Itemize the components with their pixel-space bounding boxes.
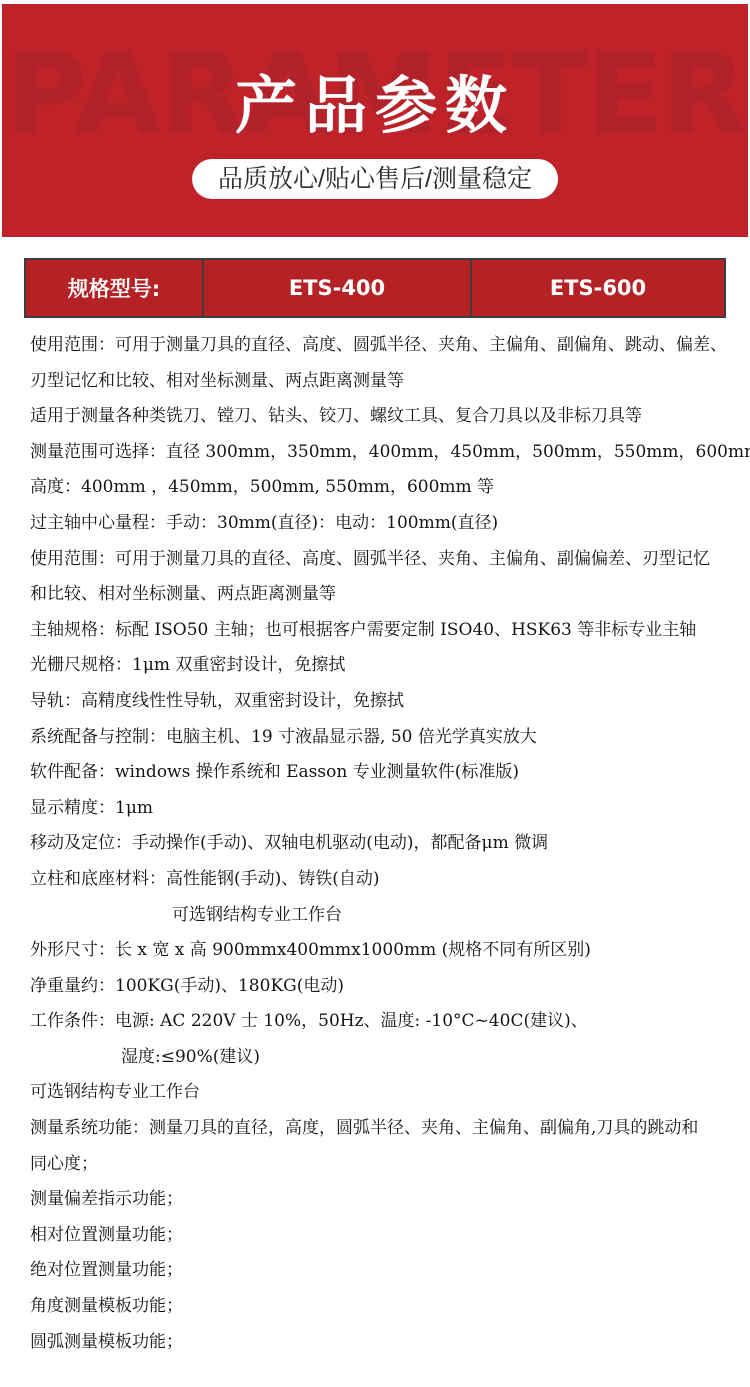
spec-table-model-ets-400: ETS-400: [202, 260, 470, 316]
spec-line: 使用范围：可用于测量刀具的直径、高度、圆弧半径、夹角、主偏角、副偏角、跳动、偏差…: [0, 328, 750, 364]
spec-line: 刃型记忆和比较、相对坐标测量、两点距离测量等: [0, 364, 750, 400]
spec-line: 净重量约：100KG(手动)、180KG(电动): [0, 969, 750, 1005]
spec-line: 软件配备：windows 操作系统和 Easson 专业测量软件(标准版): [0, 755, 750, 791]
spec-line: 过主轴中心量程：手动：30mm(直径)：电动：100mm(直径): [0, 506, 750, 542]
spec-line: 导轨：高精度线性性导轨，双重密封设计，免擦拭: [0, 684, 750, 720]
page-title: 产品参数: [2, 56, 748, 145]
spec-table-model-ets-600: ETS-600: [470, 260, 724, 316]
header-banner: PARAMETER 产品参数 品质放心/贴心售后/测量稳定: [2, 4, 748, 237]
tagline-pill: 品质放心/贴心售后/测量稳定: [192, 159, 558, 199]
spec-line: 可选钢结构专业工作台: [0, 898, 750, 934]
spec-line: 立柱和底座材料：高性能钢(手动)、铸铁(自动): [0, 862, 750, 898]
spec-line: 外形尺寸：长 x 宽 x 高 900mmx400mmx1000mm (规格不同有…: [0, 933, 750, 969]
spec-line: 绝对位置测量功能；: [0, 1253, 750, 1289]
spec-line: 工作条件：电源: AC 220V 士 10%，50Hz、温度: -10°C~40…: [0, 1004, 750, 1040]
spec-line: 同心度；: [0, 1147, 750, 1183]
spec-table-label: 规格型号:: [26, 260, 202, 316]
spec-line: 湿度:≤90%(建议): [0, 1040, 750, 1076]
spec-line: 系统配备与控制：电脑主机、19 寸液晶显示器, 50 倍光学真实放大: [0, 720, 750, 756]
spec-line: 测量偏差指示功能；: [0, 1182, 750, 1218]
spec-line: 测量范围可选择：直径 300mm，350mm，400mm，450mm，500mm…: [0, 435, 750, 471]
spec-line: 使用范围：可用于测量刀具的直径、高度、圆弧半径、夹角、主偏角、副偏偏差、刃型记忆: [0, 542, 750, 578]
spec-line: 可选钢结构专业工作台: [0, 1075, 750, 1111]
spec-model-table: 规格型号: ETS-400 ETS-600: [24, 258, 726, 318]
spec-line: 测量系统功能：测量刀具的直径，高度，圆弧半径、夹角、主偏角、副偏角,刀具的跳动和: [0, 1111, 750, 1147]
spec-list: 使用范围：可用于测量刀具的直径、高度、圆弧半径、夹角、主偏角、副偏角、跳动、偏差…: [0, 328, 750, 1360]
spec-line: 移动及定位：手动操作(手动)、双轴电机驱动(电动)，都配备μm 微调: [0, 826, 750, 862]
spec-line: 显示精度：1μm: [0, 791, 750, 827]
spec-line: 光栅尺规格：1μm 双重密封设计，免擦拭: [0, 648, 750, 684]
spec-line: 和比较、相对坐标测量、两点距离测量等: [0, 577, 750, 613]
spec-line: 适用于测量各种类铣刀、镗刀、钻头、铰刀、螺纹工具、复合刀具以及非标刀具等: [0, 399, 750, 435]
spec-line: 主轴规格：标配 ISO50 主轴；也可根据客户需要定制 ISO40、HSK63 …: [0, 613, 750, 649]
spec-line: 圆弧测量模板功能；: [0, 1325, 750, 1361]
spec-line: 高度：400mm ，450mm，500mm, 550mm，600mm 等: [0, 470, 750, 506]
spec-line: 角度测量模板功能；: [0, 1289, 750, 1325]
spec-line: 相对位置测量功能；: [0, 1218, 750, 1254]
